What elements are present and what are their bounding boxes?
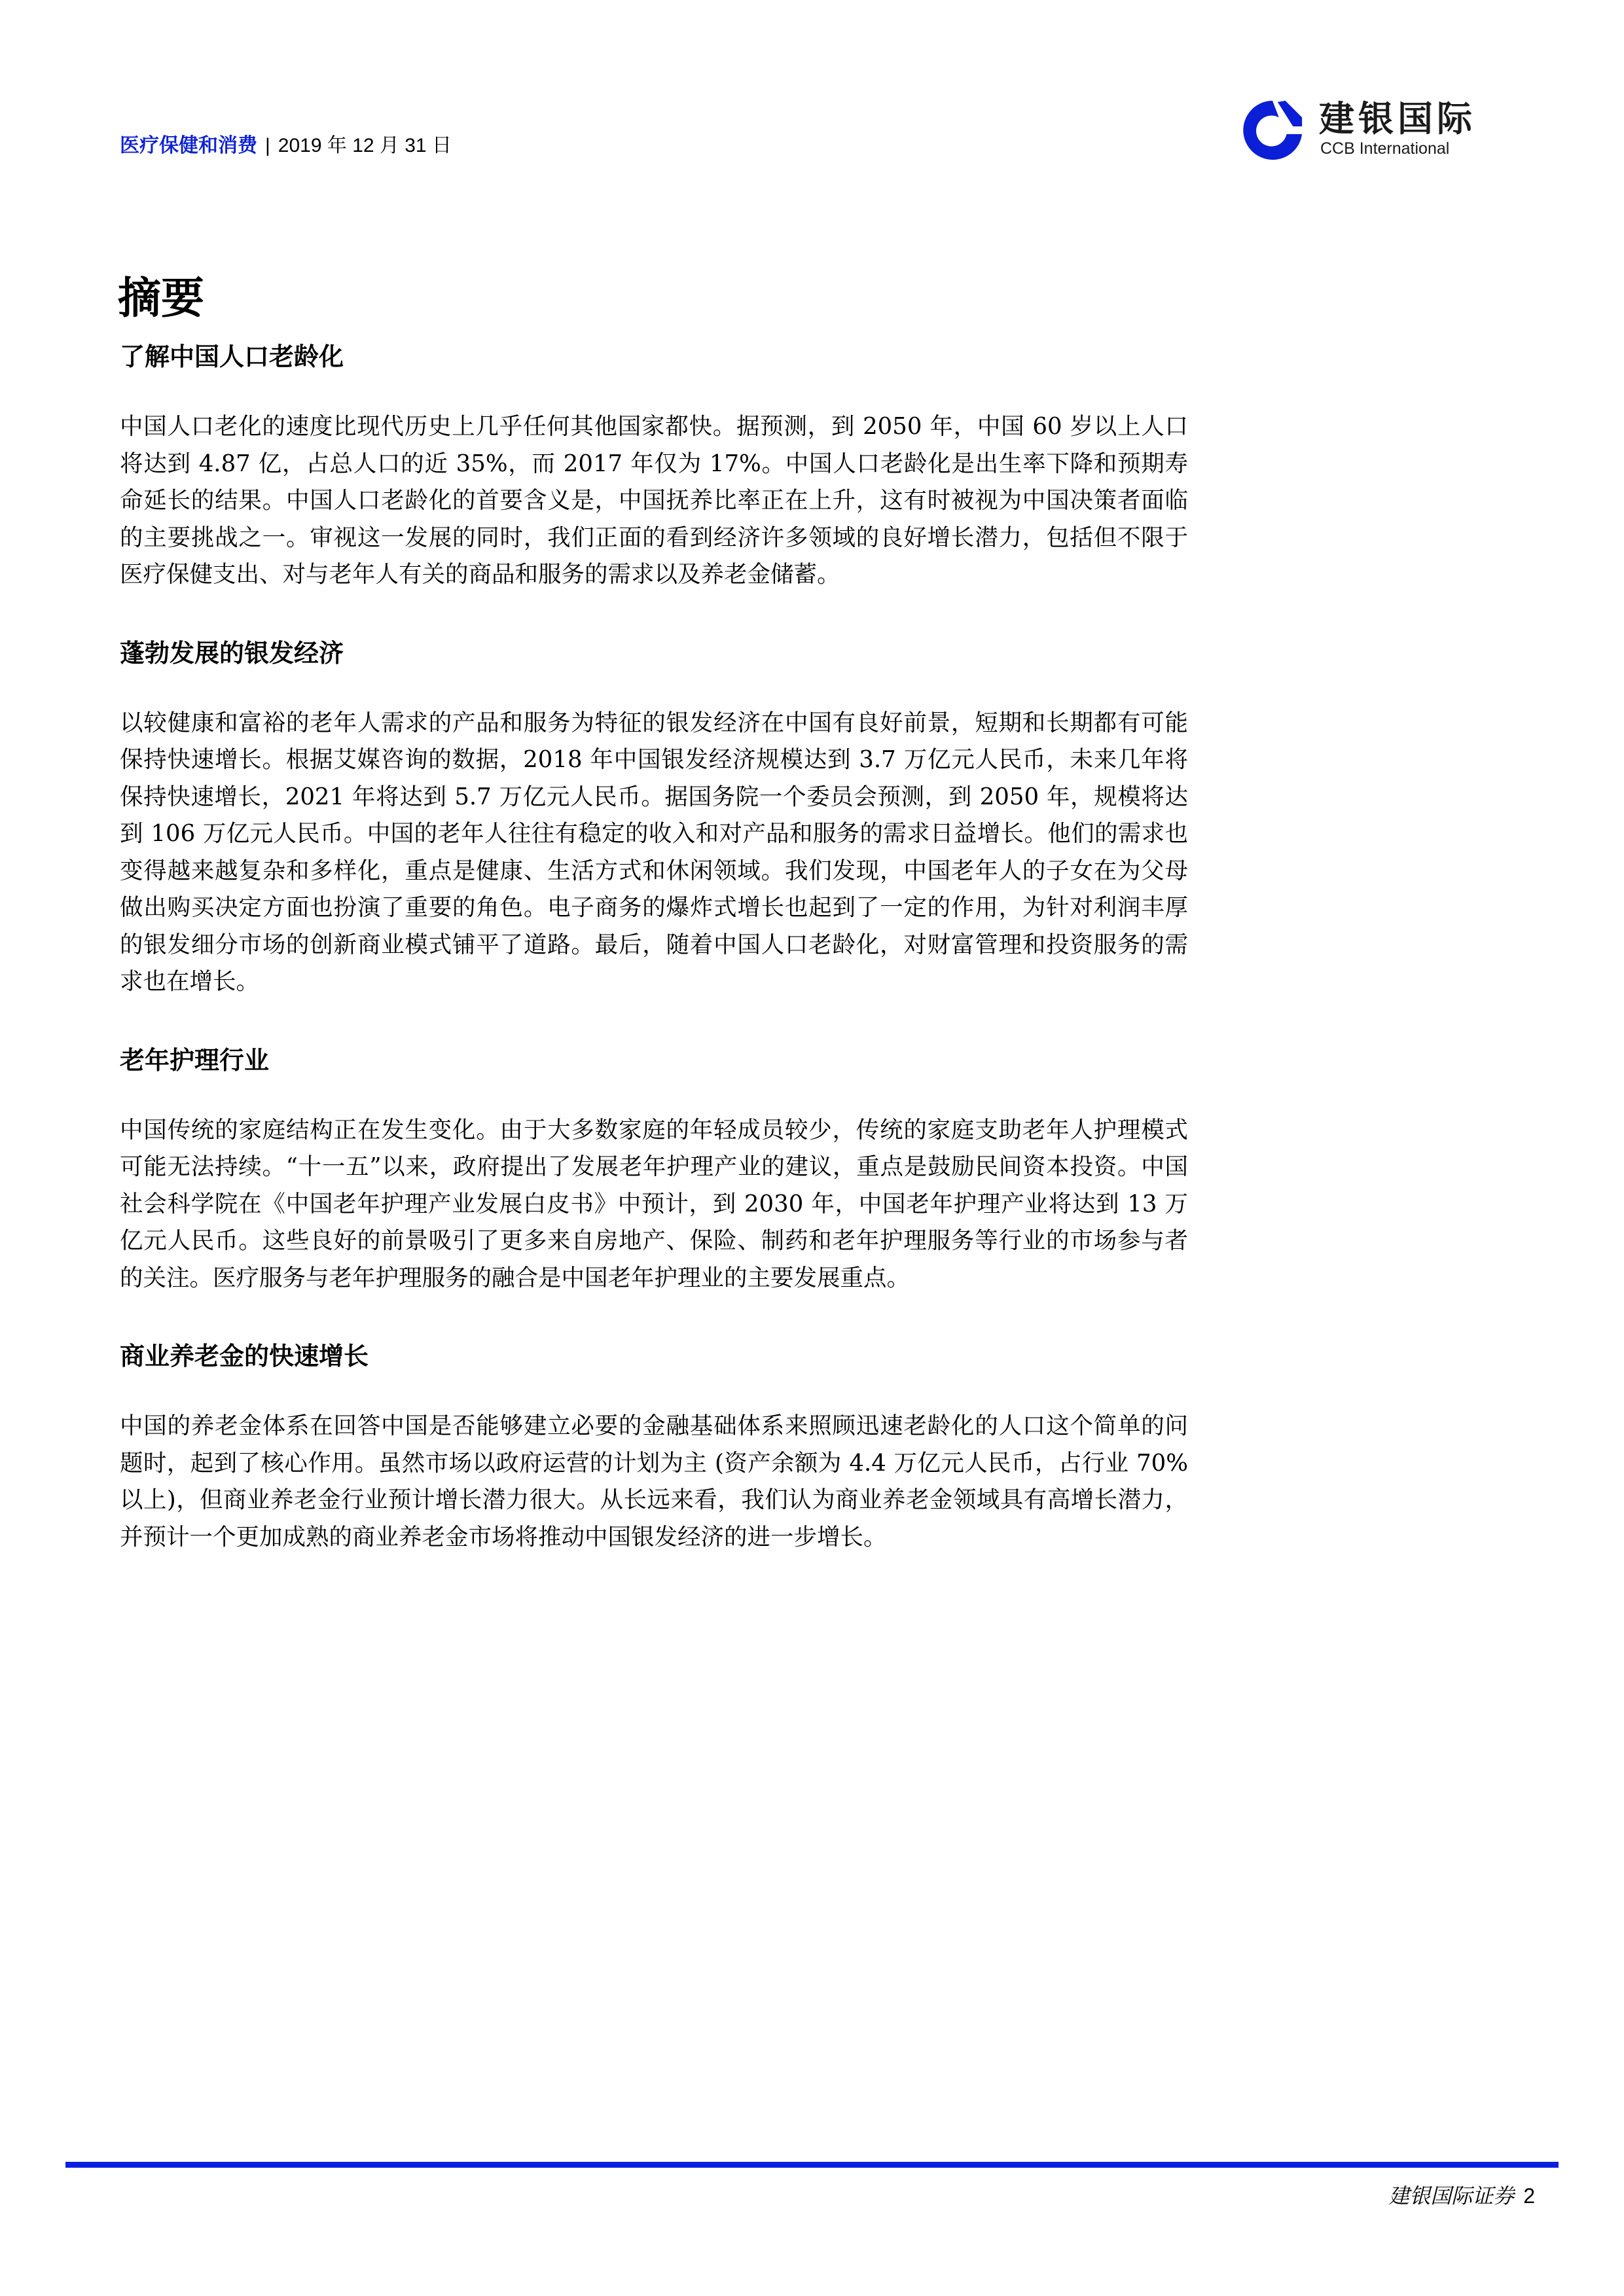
ccb-logo-icon — [1240, 98, 1305, 162]
footer-brand: 建银国际证券 — [1388, 2183, 1514, 2208]
section-elderly-care: 老年护理行业 中国传统的家庭结构正在发生变化。由于大多数家庭的年轻成员较少，传统… — [120, 1044, 1188, 1297]
section-heading: 了解中国人口老龄化 — [120, 340, 1188, 373]
header-separator: | — [265, 135, 270, 156]
section-body: 中国人口老化的速度比现代历史上几乎任何其他国家都快。据预测，到 2050 年，中… — [120, 408, 1188, 594]
section-heading: 蓬勃发展的银发经济 — [120, 637, 1188, 670]
footer-divider — [65, 2162, 1559, 2168]
report-header: 医疗保健和消费|2019 年 12 月 31 日 — [120, 133, 452, 159]
sector-label: 医疗保健和消费 — [120, 135, 257, 156]
section-commercial-pension: 商业养老金的快速增长 中国的养老金体系在回答中国是否能够建立必要的金融基础体系来… — [120, 1340, 1188, 1556]
summary-content: 了解中国人口老龄化 中国人口老化的速度比现代历史上几乎任何其他国家都快。据预测，… — [120, 340, 1188, 1599]
section-population-aging: 了解中国人口老龄化 中国人口老化的速度比现代历史上几乎任何其他国家都快。据预测，… — [120, 340, 1188, 594]
section-body: 中国传统的家庭结构正在发生变化。由于大多数家庭的年轻成员较少，传统的家庭支助老年… — [120, 1112, 1188, 1297]
company-logo: 建银国际 CCB International — [1240, 98, 1528, 164]
page-footer: 建银国际证券2 — [1388, 2183, 1535, 2209]
section-silver-economy: 蓬勃发展的银发经济 以较健康和富裕的老年人需求的产品和服务为特征的银发经济在中国… — [120, 637, 1188, 1001]
report-date: 2019 年 12 月 31 日 — [278, 135, 452, 156]
page-title: 摘要 — [118, 272, 204, 324]
page-number: 2 — [1523, 2184, 1535, 2208]
section-heading: 老年护理行业 — [120, 1044, 1188, 1077]
section-heading: 商业养老金的快速增长 — [120, 1340, 1188, 1372]
section-body: 中国的养老金体系在回答中国是否能够建立必要的金融基础体系来照顾迅速老龄化的人口这… — [120, 1408, 1188, 1556]
section-body: 以较健康和富裕的老年人需求的产品和服务为特征的银发经济在中国有良好前景，短期和长… — [120, 705, 1188, 1001]
logo-name-en: CCB International — [1320, 139, 1449, 158]
logo-name-cn: 建银国际 — [1319, 99, 1476, 139]
